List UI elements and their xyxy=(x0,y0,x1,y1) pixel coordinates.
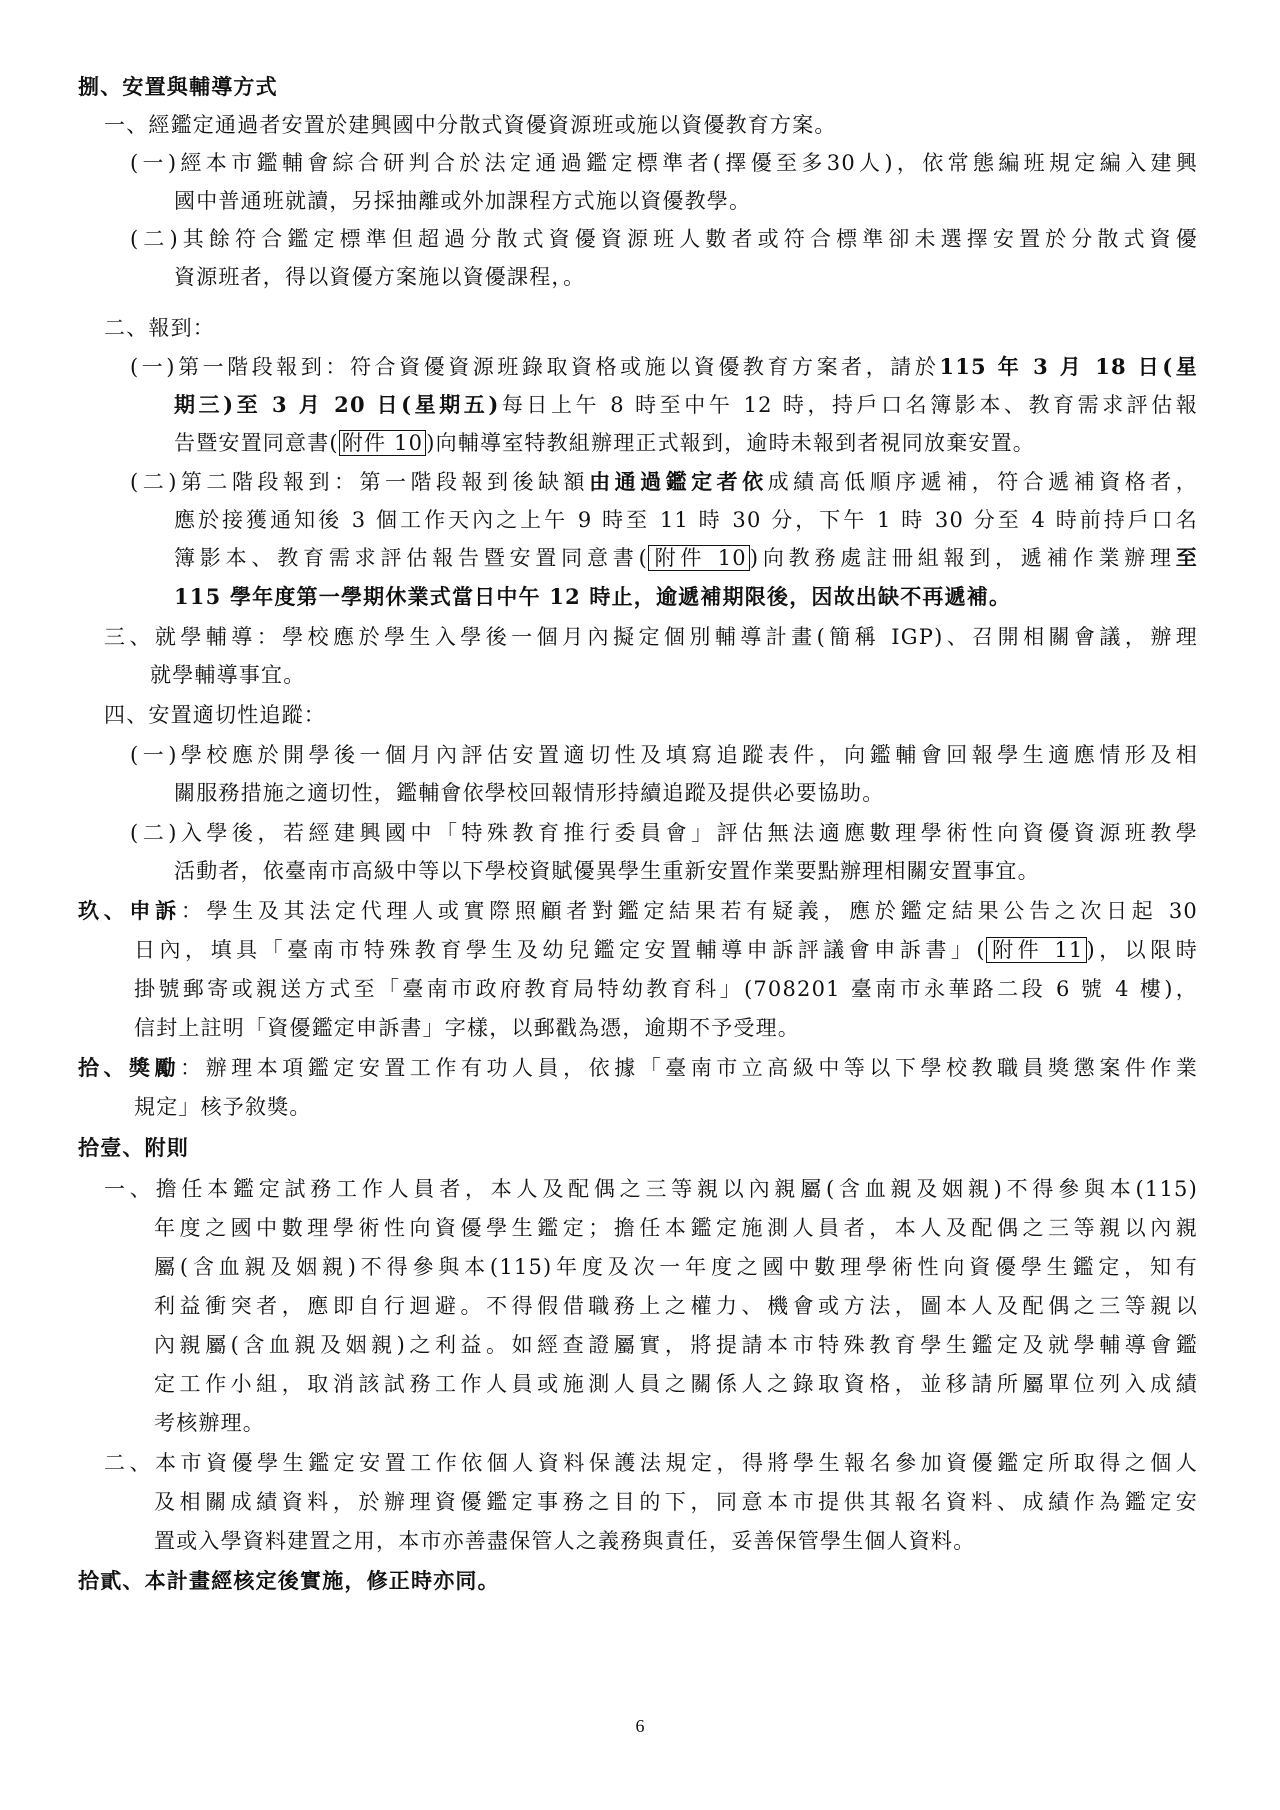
s8-item-4: 四、安置適切性追蹤： xyxy=(104,700,326,730)
s11-item-1-line3: 屬(含血親及姻親)不得參與本(115)年度及次一年度之國中數理學術性向資優學生鑑… xyxy=(154,1252,1198,1282)
section-9-line1: 玖、申訴：學生及其法定代理人或實際照顧者對鑑定結果若有疑義，應於鑑定結果公告之次… xyxy=(78,896,1198,926)
text: (二)第二階段報到：第一階段報到後缺額 xyxy=(130,470,589,494)
text: 每日上午 8 時至中午 12 時，持戶口名簿影本、教育需求評估報 xyxy=(499,393,1198,417)
s8-item-1a-line2: 國中普通班就讀，另採抽離或外加課程方式施以資優教學。 xyxy=(174,186,751,216)
page-number: 6 xyxy=(0,1716,1280,1737)
section-heading-8: 捌、安置與輔導方式 xyxy=(78,72,278,102)
text: 成績高低順序遞補，符合遞補資格者， xyxy=(768,470,1198,494)
s8-item-4a-line1: (一)學校應於開學後一個月內評估安置適切性及填寫追蹤表件，向鑑輔會回報學生適應情… xyxy=(130,740,1198,770)
text: ：辦理本項鑑定安置工作有功人員，依據「臺南市立高級中等以下學校教職員獎懲案件作業 xyxy=(180,1056,1198,1080)
s8-item-1b-line1: (二)其餘符合鑑定標準但超過分散式資優資源班人數者或符合標準卻未選擇安置於分散式… xyxy=(130,224,1198,254)
text: 簿影本、教育需求評估報告暨安置同意書( xyxy=(174,546,648,570)
bold-date: 115 年 3 月 18 日(星 xyxy=(939,354,1198,379)
s11-item-1-line4: 利益衝突者，應即自行迴避。不得假借職務上之權力、機會或方法，圖本人及配偶之三等親… xyxy=(154,1291,1198,1321)
s11-item-1-line2: 年度之國中數理學術性向資優學生鑑定；擔任本鑑定施測人員者，本人及配偶之三等親以內… xyxy=(154,1213,1198,1243)
attachment-10-ref: 附件 10 xyxy=(339,430,426,456)
s11-item-1-line5: 內親屬(含血親及姻親)之利益。如經查證屬實，將提請本市特殊教育學生鑑定及就學輔導… xyxy=(154,1330,1198,1360)
s8-item-1b-line2: 資源班者，得以資優方案施以資優課程，。 xyxy=(174,262,585,292)
section-label-10: 拾、獎勵 xyxy=(78,1055,180,1080)
s8-item-2: 二、報到： xyxy=(104,313,215,343)
text: (一)第一階段報到：符合資優資源班錄取資格或施以資優教育方案者，請於 xyxy=(130,355,939,379)
s8-item-2b-line2: 應於接獲通知後 3 個工作天內之上午 9 時至 11 時 30 分，下午 1 時… xyxy=(174,505,1198,535)
s11-item-1-line1: 一、擔任本鑑定試務工作人員者，本人及配偶之三等親以內親屬(含血親及姻親)不得參與… xyxy=(104,1174,1198,1204)
s11-item-2-line1: 二、本市資優學生鑑定安置工作依個人資料保護法規定，得將學生報名參加資優鑑定所取得… xyxy=(104,1448,1198,1478)
text: 告暨安置同意書( xyxy=(174,431,339,455)
text: 日內，填具「臺南市特殊教育學生及幼兒鑑定安置輔導申訴評議會申訴書」( xyxy=(134,938,986,962)
section-9-line3: 掛號郵寄或親送方式至「臺南市政府教育局特幼教育科」(708201 臺南市永華路二… xyxy=(134,974,1198,1004)
section-heading-12: 拾貳、本計畫經核定後實施，修正時亦同。 xyxy=(78,1566,500,1596)
text: ：學生及其法定代理人或實際照顧者對鑑定結果若有疑義，應於鑑定結果公告之次日起 3… xyxy=(181,899,1198,923)
section-10-line2: 規定」核予敘獎。 xyxy=(134,1092,312,1122)
attachment-10-ref: 附件 10 xyxy=(648,545,750,571)
s11-item-2-line2: 及相關成績資料，於辦理資優鑑定事務之目的下，同意本市提供其報名資料、成績作為鑑定… xyxy=(154,1487,1198,1517)
s11-item-2-line3: 置或入學資料建置之用，本市亦善盡保管人之義務與責任，妥善保管學生個人資料。 xyxy=(154,1526,975,1556)
s8-item-2b-line1: (二)第二階段報到：第一階段報到後缺額由通過鑑定者依成績高低順序遞補，符合遞補資… xyxy=(130,467,1198,497)
bold-date: 期三)至 3 月 20 日(星期五) xyxy=(174,392,499,417)
s11-item-1-line6: 定工作小組，取消該試務工作人員或施測人員之關係人之錄取資格，並移請所屬單位列入成… xyxy=(154,1369,1198,1399)
text: )向教務處註冊組報到，遞補作業辦理 xyxy=(750,546,1176,570)
text: )，以限時 xyxy=(1087,938,1199,962)
s8-item-1a-line1: (一)經本市鑑輔會綜合研判合於法定通過鑑定標準者(擇優至多30人)，依常態編班規… xyxy=(130,148,1198,178)
attachment-11-ref: 附件 11 xyxy=(986,937,1087,963)
s8-item-2b-line3: 簿影本、教育需求評估報告暨安置同意書(附件 10)向教務處註冊組報到，遞補作業辦… xyxy=(174,543,1198,573)
s8-item-4b-line1: (二)入學後，若經建興國中「特殊教育推行委員會」評估無法適應數理學術性向資優資源… xyxy=(130,818,1198,848)
section-9-line4: 信封上註明「資優鑑定申訴書」字樣，以郵戳為憑，逾期不予受理。 xyxy=(134,1013,800,1043)
bold-text: 由通過鑑定者依 xyxy=(589,469,768,494)
s8-item-4a-line2: 關服務措施之適切性，鑑輔會依學校回報情形持續追蹤及提供必要協助。 xyxy=(174,778,884,808)
s8-item-2a-line1: (一)第一階段報到：符合資優資源班錄取資格或施以資優教育方案者，請於115 年 … xyxy=(130,352,1198,382)
s8-item-2b-line4: 115 學年度第一學期休業式當日中午 12 時止，逾遞補期限後，因故出缺不再遞補… xyxy=(174,582,1011,612)
bold-text: 至 xyxy=(1176,545,1198,570)
document-page: 捌、安置與輔導方式 一、經鑑定通過者安置於建興國中分散式資優資源班或施以資優教育… xyxy=(0,0,1280,1810)
s8-item-2a-line2: 期三)至 3 月 20 日(星期五)每日上午 8 時至中午 12 時，持戶口名簿… xyxy=(174,390,1198,420)
s8-item-2a-line3: 告暨安置同意書(附件 10)向輔導室特教組辦理正式報到，逾時未報到者視同放棄安置… xyxy=(174,428,1035,458)
section-10-line1: 拾、獎勵：辦理本項鑑定安置工作有功人員，依據「臺南市立高級中等以下學校教職員獎懲… xyxy=(78,1053,1198,1083)
s8-item-3-line1: 三、就學輔導：學校應於學生入學後一個月內擬定個別輔導計畫(簡稱 IGP)、召開相… xyxy=(104,622,1198,652)
s8-item-3-line2: 就學輔導事宜。 xyxy=(150,660,305,690)
text: )向輔導室特教組辦理正式報到，逾時未報到者視同放棄安置。 xyxy=(426,431,1035,455)
section-heading-11: 拾壹、附則 xyxy=(78,1133,189,1163)
s11-item-1-line7: 考核辦理。 xyxy=(154,1408,265,1438)
s8-item-1: 一、經鑑定通過者安置於建興國中分散式資優資源班或施以資優教育方案。 xyxy=(104,110,837,140)
section-9-line2: 日內，填具「臺南市特殊教育學生及幼兒鑑定安置輔導申訴評議會申訴書」(附件 11)… xyxy=(134,935,1198,965)
section-label-9: 玖、申訴 xyxy=(78,898,181,923)
s8-item-4b-line2: 活動者，依臺南市高級中等以下學校資賦優異學生重新安置作業要點辦理相關安置事宜。 xyxy=(174,856,1040,886)
